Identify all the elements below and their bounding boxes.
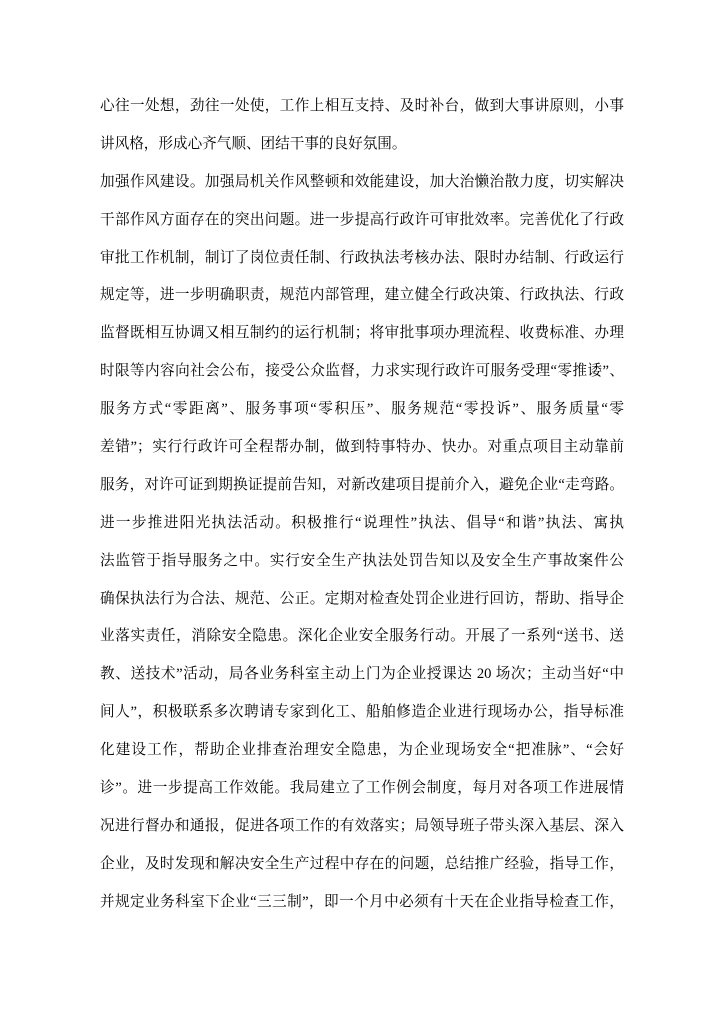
text-line: 化建设工作，帮助企业排查治理安全隐患，为企业现场安全“把准脉”、“会好: [100, 732, 624, 770]
text-line: 加强作风建设。加强局机关作风整顿和效能建设，加大治懒治散力度，切实解决: [100, 164, 624, 202]
document-text: 心往一处想，劲往一处使，工作上相互支持、及时补台，做到大事讲原则，小事讲风格，形…: [100, 88, 624, 922]
text-line: 间人”，积极联系多次聘请专家到化工、船舶修造企业进行现场办公，指导标准: [100, 694, 624, 732]
text-line: 进一步推进阳光执法活动。积极推行“说理性”执法、倡导“和谐”执法、寓执: [100, 505, 624, 543]
text-line: 心往一处想，劲往一处使，工作上相互支持、及时补台，做到大事讲原则，小事: [100, 88, 624, 126]
text-line: 况进行督办和通报，促进各项工作的有效落实；局领导班子带头深入基层、深入: [100, 808, 624, 846]
text-line: 确保执法行为合法、规范、公正。定期对检查处罚企业进行回访，帮助、指导企: [100, 581, 624, 619]
document-page: 心往一处想，劲往一处使，工作上相互支持、及时补台，做到大事讲原则，小事讲风格，形…: [0, 0, 721, 1020]
text-line: 并规定业务科室下企业“三三制”，即一个月中必须有十天在企业指导检查工作，: [100, 884, 624, 922]
text-line: 差错”；实行行政许可全程帮办制，做到特事特办、快办。对重点项目主动靠前: [100, 429, 624, 467]
text-line: 法监管于指导服务之中。实行安全生产执法处罚告知以及安全生产事故案件公示，: [100, 543, 624, 581]
text-line: 服务方式“零距离”、服务事项“零积压”、服务规范“零投诉”、服务质量“零: [100, 391, 624, 429]
text-line: 审批工作机制，制订了岗位责任制、行政执法考核办法、限时办结制、行政运行: [100, 240, 624, 278]
text-line: 诊”。进一步提高工作效能。我局建立了工作例会制度，每月对各项工作进展情: [100, 770, 624, 808]
text-line: 规定等，进一步明确职责，规范内部管理，建立健全行政决策、行政执法、行政: [100, 277, 624, 315]
text-line: 干部作风方面存在的突出问题。进一步提高行政许可审批效率。完善优化了行政: [100, 202, 624, 240]
paragraph-2: 加强作风建设。加强局机关作风整顿和效能建设，加大治懒治散力度，切实解决干部作风方…: [100, 164, 624, 922]
paragraph-1: 心往一处想，劲往一处使，工作上相互支持、及时补台，做到大事讲原则，小事讲风格，形…: [100, 88, 624, 164]
text-line: 讲风格，形成心齐气顺、团结干事的良好氛围。: [100, 126, 624, 164]
text-line: 企业，及时发现和解决安全生产过程中存在的问题，总结推广经验，指导工作，: [100, 846, 624, 884]
text-line: 监督既相互协调又相互制约的运行机制；将审批事项办理流程、收费标准、办理: [100, 315, 624, 353]
text-line: 服务，对许可证到期换证提前告知，对新改建项目提前介入，避免企业“走弯路。: [100, 467, 624, 505]
text-line: 时限等内容向社会公布，接受公众监督，力求实现行政许可服务受理“零推诿”、: [100, 353, 624, 391]
text-line: 教、送技术”活动，局各业务科室主动上门为企业授课达 20 场次；主动当好“中: [100, 656, 624, 694]
text-line: 业落实责任，消除安全隐患。深化企业安全服务行动。开展了一系列“送书、送: [100, 618, 624, 656]
